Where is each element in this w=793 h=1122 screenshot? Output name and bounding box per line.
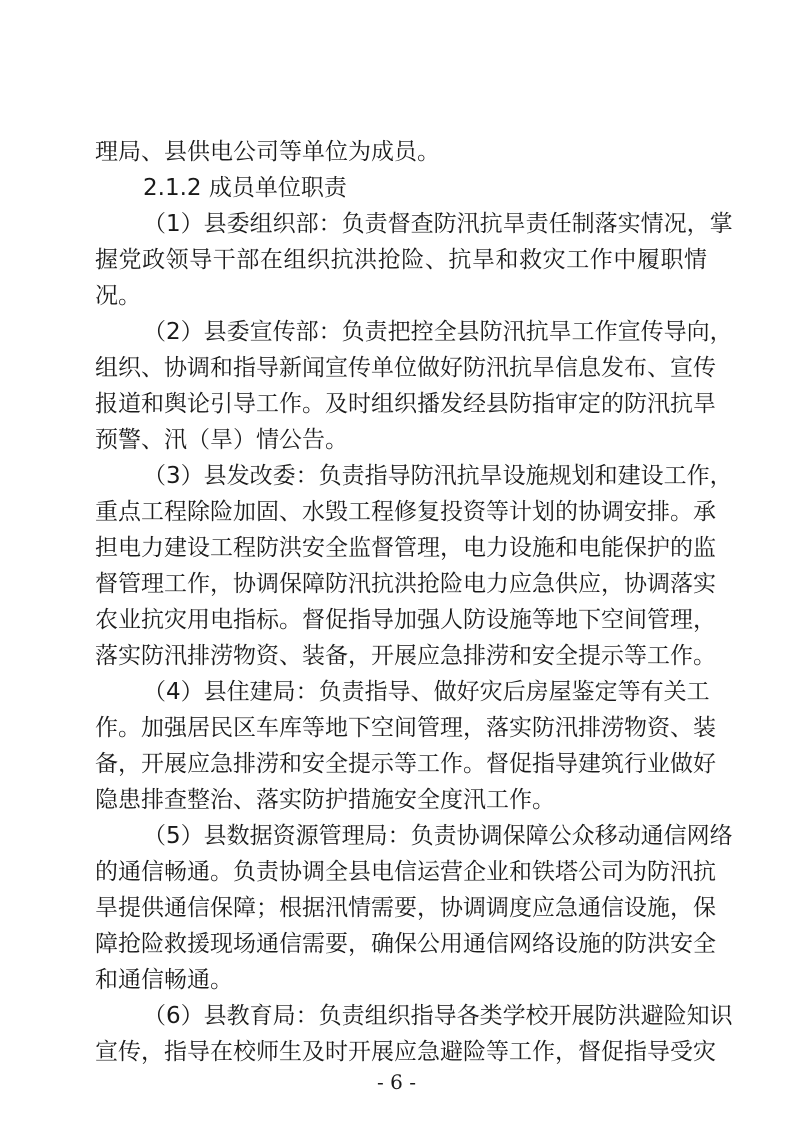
paragraph-line: 重点工程除险加固、水毁工程修复投资等计划的协调安排。承	[95, 494, 707, 530]
paragraph-line: 和通信畅通。	[95, 962, 707, 998]
paragraph-line: 隐患排查整治、落实防护措施安全度汛工作。	[95, 782, 707, 818]
paragraph-line: 落实防汛排涝物资、装备，开展应急排涝和安全提示等工作。	[95, 638, 707, 674]
paragraph-line: 的通信畅通。负责协调全县电信运营企业和铁塔公司为防汛抗	[95, 854, 707, 890]
page-number: - 6 -	[0, 1068, 793, 1096]
document-page: 理局、县供电公司等单位为成员。 2.1.2 成员单位职责 （1）县委组织部：负责…	[0, 0, 793, 1122]
paragraph-line: 宣传，指导在校师生及时开展应急避险等工作，督促指导受灾	[95, 1034, 707, 1070]
paragraph-line: 握党政领导干部在组织抗洪抢险、抗旱和救灾工作中履职情	[95, 242, 707, 278]
paragraph-line: （1）县委组织部：负责督查防汛抗旱责任制落实情况，掌	[143, 206, 707, 242]
continuation-line: 理局、县供电公司等单位为成员。	[95, 134, 707, 170]
paragraph-line: 担电力建设工程防洪安全监督管理，电力设施和电能保护的监	[95, 530, 707, 566]
paragraph-line: （6）县教育局：负责组织指导各类学校开展防洪避险知识	[143, 998, 707, 1034]
paragraph-line: （5）县数据资源管理局：负责协调保障公众移动通信网络	[143, 818, 707, 854]
section-heading: 2.1.2 成员单位职责	[143, 170, 755, 206]
paragraph-line: （3）县发改委：负责指导防汛抗旱设施规划和建设工作，	[143, 458, 707, 494]
paragraph-line: 况。	[95, 278, 707, 314]
paragraph-line: 督管理工作，协调保障防汛抗洪抢险电力应急供应，协调落实	[95, 566, 707, 602]
paragraph-line: 农业抗灾用电指标。督促指导加强人防设施等地下空间管理，	[95, 602, 707, 638]
paragraph-line: （2）县委宣传部：负责把控全县防汛抗旱工作宣传导向，	[143, 314, 707, 350]
paragraph-line: 障抢险救援现场通信需要，确保公用通信网络设施的防洪安全	[95, 926, 707, 962]
paragraph-line: 报道和舆论引导工作。及时组织播发经县防指审定的防汛抗旱	[95, 386, 707, 422]
paragraph-line: 组织、协调和指导新闻宣传单位做好防汛抗旱信息发布、宣传	[95, 350, 707, 386]
paragraph-line: 预警、汛（旱）情公告。	[95, 422, 707, 458]
paragraph-line: （4）县住建局：负责指导、做好灾后房屋鉴定等有关工	[143, 674, 707, 710]
paragraph-line: 旱提供通信保障；根据汛情需要，协调调度应急通信设施，保	[95, 890, 707, 926]
paragraph-line: 备，开展应急排涝和安全提示等工作。督促指导建筑行业做好	[95, 746, 707, 782]
paragraph-line: 作。加强居民区车库等地下空间管理，落实防汛排涝物资、装	[95, 710, 707, 746]
